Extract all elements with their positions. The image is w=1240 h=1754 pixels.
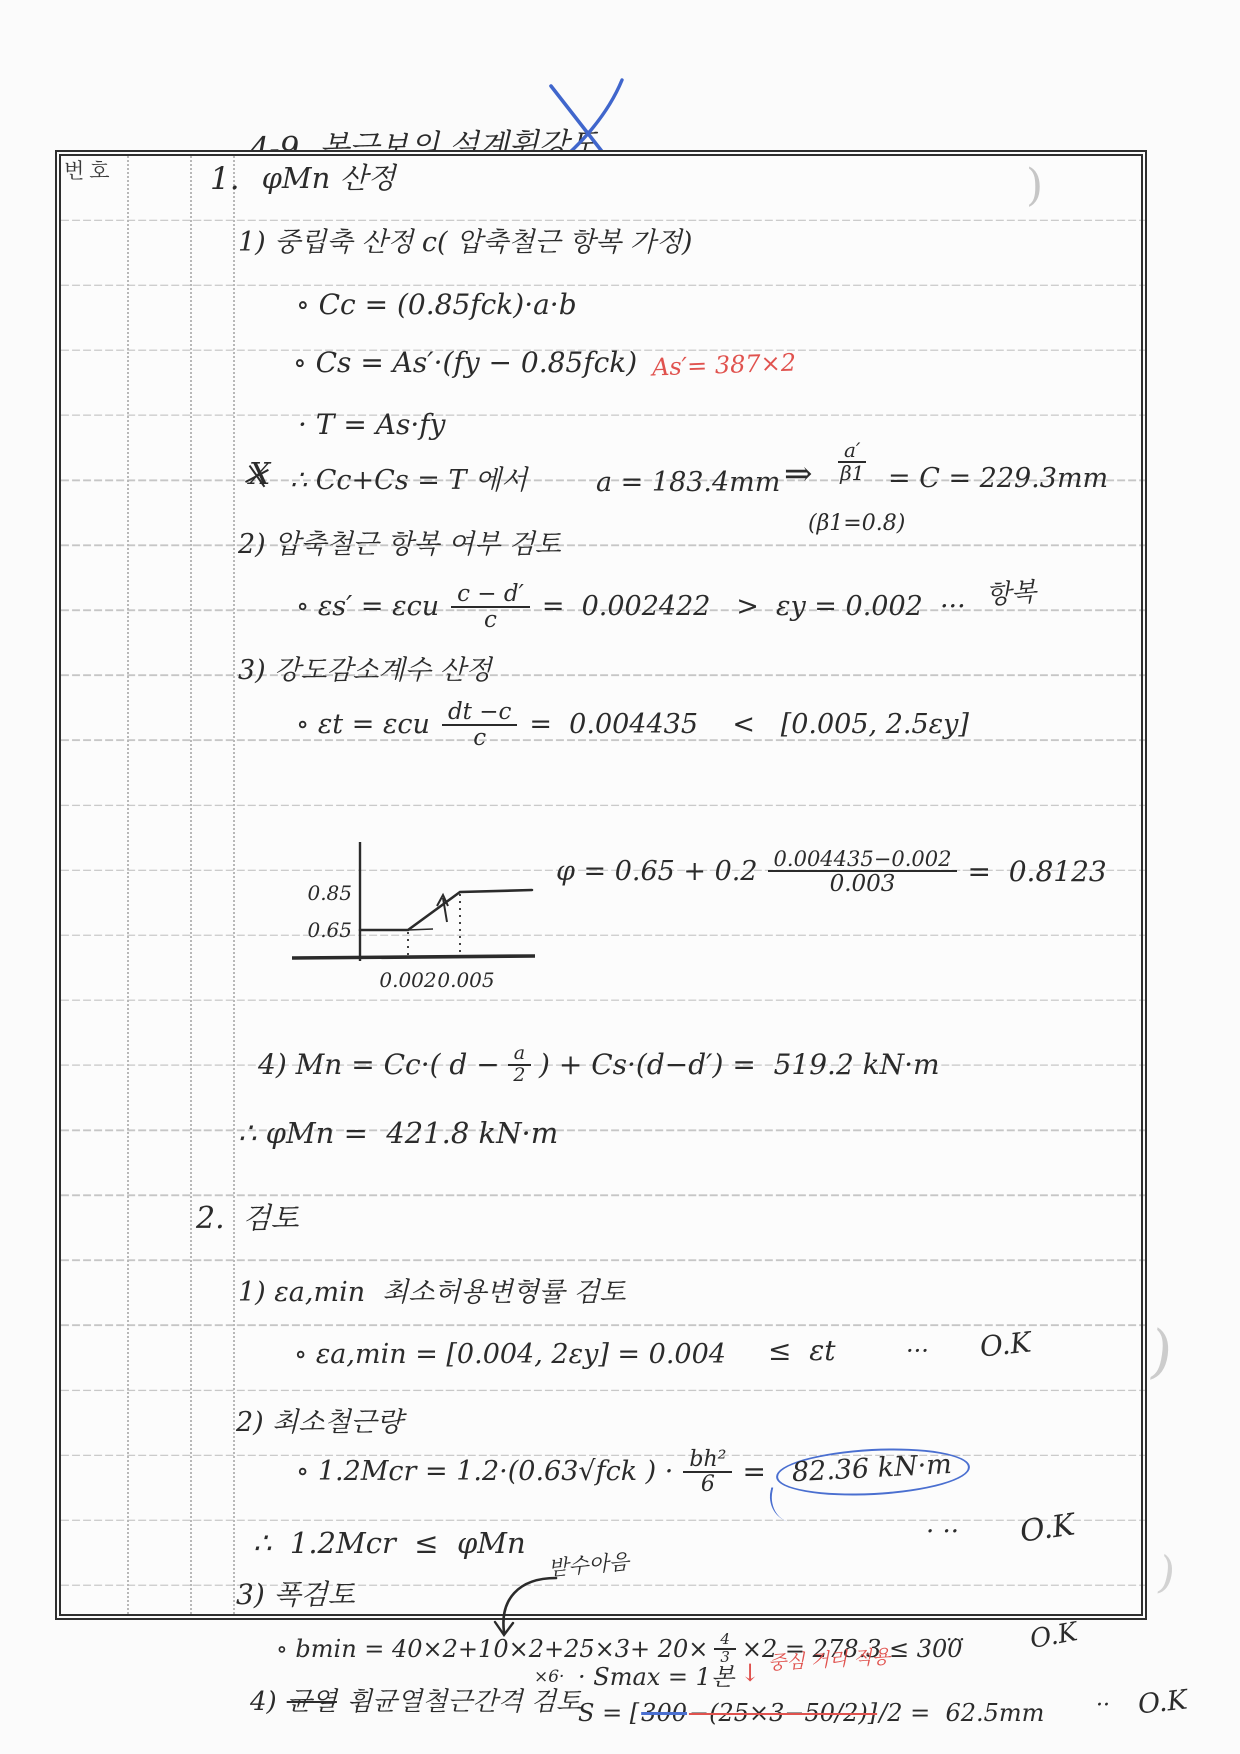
section-1-number: 1.	[210, 162, 240, 196]
section-2-heading: 2. 검토	[196, 1202, 299, 1235]
section-2-title: 검토	[243, 1203, 299, 1235]
scanned-worksheet-page: 4-9 복근보의 설계휨강도 번호 1. φMn 산정 1) 중립축 산정 c(…	[0, 0, 1240, 1754]
line-eamin-heading: 1) εa,min 최소허용변형률 검토	[238, 1278, 626, 1308]
red-correction-note: 중심 거리 적용	[768, 1647, 891, 1674]
frac-numerator: a′	[838, 440, 866, 463]
eq-phi-pre: φ = 0.65 + 0.2	[556, 857, 758, 887]
struck-word: 균열	[287, 1688, 337, 1717]
struck-300: 300	[641, 1700, 687, 1726]
scan-artifact: )	[1026, 160, 1043, 211]
red-down-arrow-icon: ↓	[740, 1660, 760, 1686]
eq-t: · T = As·fy	[298, 410, 445, 441]
eq-epsilon-t-pre: ∘ εt = εcu	[296, 710, 430, 740]
eq-epsilon-s-pre: ∘ εs′ = εcu	[296, 592, 439, 622]
sketch-label-085: 0.85	[307, 881, 352, 905]
beta-note: (β1=0.8)	[808, 512, 905, 536]
column-divider	[127, 156, 129, 1614]
scan-artifact: )	[1154, 1547, 1180, 1600]
eq-phi-post: = 0.8123	[967, 857, 1106, 888]
eq-c-result: = C = 229.3mm	[888, 464, 1108, 494]
eq-eamin-relation: ≤ εt	[768, 1336, 836, 1367]
frac-numerator: c − d′	[451, 582, 530, 608]
eq-cs: ∘ Cs = As′·(fy − 0.85fck)	[293, 348, 637, 379]
eq-equilibrium: ∴ Cc+Cs = T 에서	[290, 466, 527, 496]
eq-a-value: a = 183.4mm	[596, 468, 780, 498]
eq-phi-mn: ∴ φMn = 421.8 kN·m	[238, 1118, 558, 1150]
eq-mn: 4) Mn = Cc·( d − a 2 ) + Cs·(d−d′) = 519…	[258, 1044, 940, 1086]
eq-mcr-check: ∴ 1.2Mcr ≤ φMn	[253, 1528, 526, 1560]
sketch-label-0005: 0.005	[437, 968, 494, 992]
eq-eamin: ∘ εa,min = [0.004, 2εy] = 0.004	[294, 1340, 726, 1370]
circled-mcr-value: 82.36 kN·m	[775, 1444, 971, 1500]
red-annotation-as: As′= 387×2	[652, 349, 797, 380]
spacing-dots: ··	[1096, 1694, 1110, 1718]
line-phi-factor-heading: 3) 강도감소계수 산정	[238, 656, 492, 686]
eq-spacing-pre: S = [	[578, 1700, 639, 1726]
sketch-curve-extension	[408, 929, 433, 930]
frac-denominator: 6	[699, 1473, 717, 1496]
eq-mn-pre: 4) Mn = Cc·( d −	[258, 1050, 500, 1081]
spacing-ok-badge: O.K	[1137, 1686, 1189, 1721]
frac-dt-minus-c: dt −c c	[442, 700, 517, 750]
eq-mn-post: ) + Cs·(d−d′) = 519.2 kN·m	[539, 1050, 940, 1081]
line-width-check-heading: 3) 폭검토	[236, 1580, 355, 1611]
eq-phi: φ = 0.65 + 0.2 0.004435−0.002 0.003 = 0.…	[556, 848, 1107, 896]
column-divider	[190, 156, 192, 1614]
eq-mcr: ∘ 1.2Mcr = 1.2·(0.63√fck ) · bh² 6 = 82.…	[296, 1448, 970, 1496]
frac-numerator: 0.004435−0.002	[768, 848, 958, 872]
frac-4-over-3: 4 3	[714, 1632, 736, 1666]
section-1-title: φMn 산정	[262, 163, 396, 195]
line-neutral-axis-heading: 1) 중립축 산정 c( 압축철근 항복 가정)	[238, 228, 692, 258]
frac-denominator: β1	[838, 463, 866, 484]
implies-arrow: ⇒	[784, 456, 813, 493]
eamin-dots: ···	[906, 1338, 929, 1364]
eq-bmin-body: ∘ bmin = 40×2+10×2+25×3+ 20×	[276, 1636, 708, 1662]
eq-epsilon-t: ∘ εt = εcu dt −c c = 0.004435 < [0.005, …	[296, 700, 969, 750]
eq-spacing: S = [ 300 −(25×3−50/2)] /2 = 62.5mm	[578, 1700, 1044, 1726]
frac-a-over-2: a 2	[508, 1044, 531, 1086]
sketch-x-axis	[292, 956, 535, 958]
eq-mcr-equals: =	[742, 1457, 765, 1488]
frac-numerator: dt −c	[442, 700, 517, 726]
eq-mcr-pre: ∘ 1.2Mcr = 1.2·(0.63√fck ) ·	[296, 1457, 673, 1487]
frac-c-minus-d: c − d′ c	[451, 582, 530, 632]
frac-numerator: a	[508, 1044, 531, 1066]
phi-strain-sketch: 0.85 0.65 0.002 0.005	[280, 840, 570, 998]
frac-denominator: c	[482, 608, 499, 632]
section-2-number: 2.	[196, 1202, 225, 1235]
mcr-dots: · ··	[926, 1518, 959, 1547]
sketch-label-065: 0.65	[307, 918, 352, 942]
frac-numerator: bh²	[683, 1448, 732, 1473]
eq-epsilon-s-post: = 0.002422 > εy = 0.002 ···	[542, 592, 966, 622]
frac-phi: 0.004435−0.002 0.003	[768, 848, 958, 896]
corner-label: 번호	[64, 160, 115, 183]
scan-artifact: )	[1145, 1317, 1177, 1387]
column-divider	[233, 156, 235, 1614]
line-crack-spacing-heading: 4) 균열 휨균열철근간격 검토	[250, 1688, 581, 1717]
line-min-rebar-heading: 2) 최소철근량	[236, 1408, 403, 1438]
eq-spacing-tail: /2 = 62.5mm	[879, 1700, 1044, 1726]
eq-spacing-struck-mid: −(25×3−50/2)]	[689, 1700, 877, 1726]
frac-bh2-over-6: bh² 6	[683, 1448, 732, 1496]
frac-a-over-beta: a′ β1	[838, 440, 866, 484]
yield-note: 항복	[985, 578, 1037, 610]
eamin-ok-badge: O.K	[979, 1327, 1033, 1363]
frac-denominator: c	[471, 726, 488, 750]
sketch-label-0002: 0.002	[379, 968, 436, 992]
eq-epsilon-s: ∘ εs′ = εcu c − d′ c = 0.002422 > εy = 0…	[296, 582, 966, 632]
eq-epsilon-t-post: = 0.004435 < [0.005, 2.5εy]	[529, 710, 969, 740]
frac-denominator: 0.003	[828, 872, 898, 896]
line-compression-check-heading: 2) 압축철근 항복 여부 검토	[238, 530, 561, 560]
crack-line-label: 휨균열철근간격 검토	[347, 1688, 581, 1717]
bmin-dots: ···	[946, 1628, 965, 1650]
scribbled-out-mark: X	[249, 458, 270, 491]
bmin-ok-badge: O.K	[1028, 1618, 1080, 1654]
crack-line-number: 4)	[250, 1688, 277, 1717]
superscript-note: ×6·	[534, 1668, 564, 1687]
eq-smax: · Smax = 1본	[578, 1664, 734, 1690]
mcr-ok-badge: O.K	[1018, 1508, 1077, 1548]
section-1-heading: 1. φMn 산정	[210, 162, 396, 196]
eq-cc: ∘ Cc = (0.85fck)·a·b	[296, 290, 577, 321]
frac-denominator: 2	[511, 1066, 527, 1086]
